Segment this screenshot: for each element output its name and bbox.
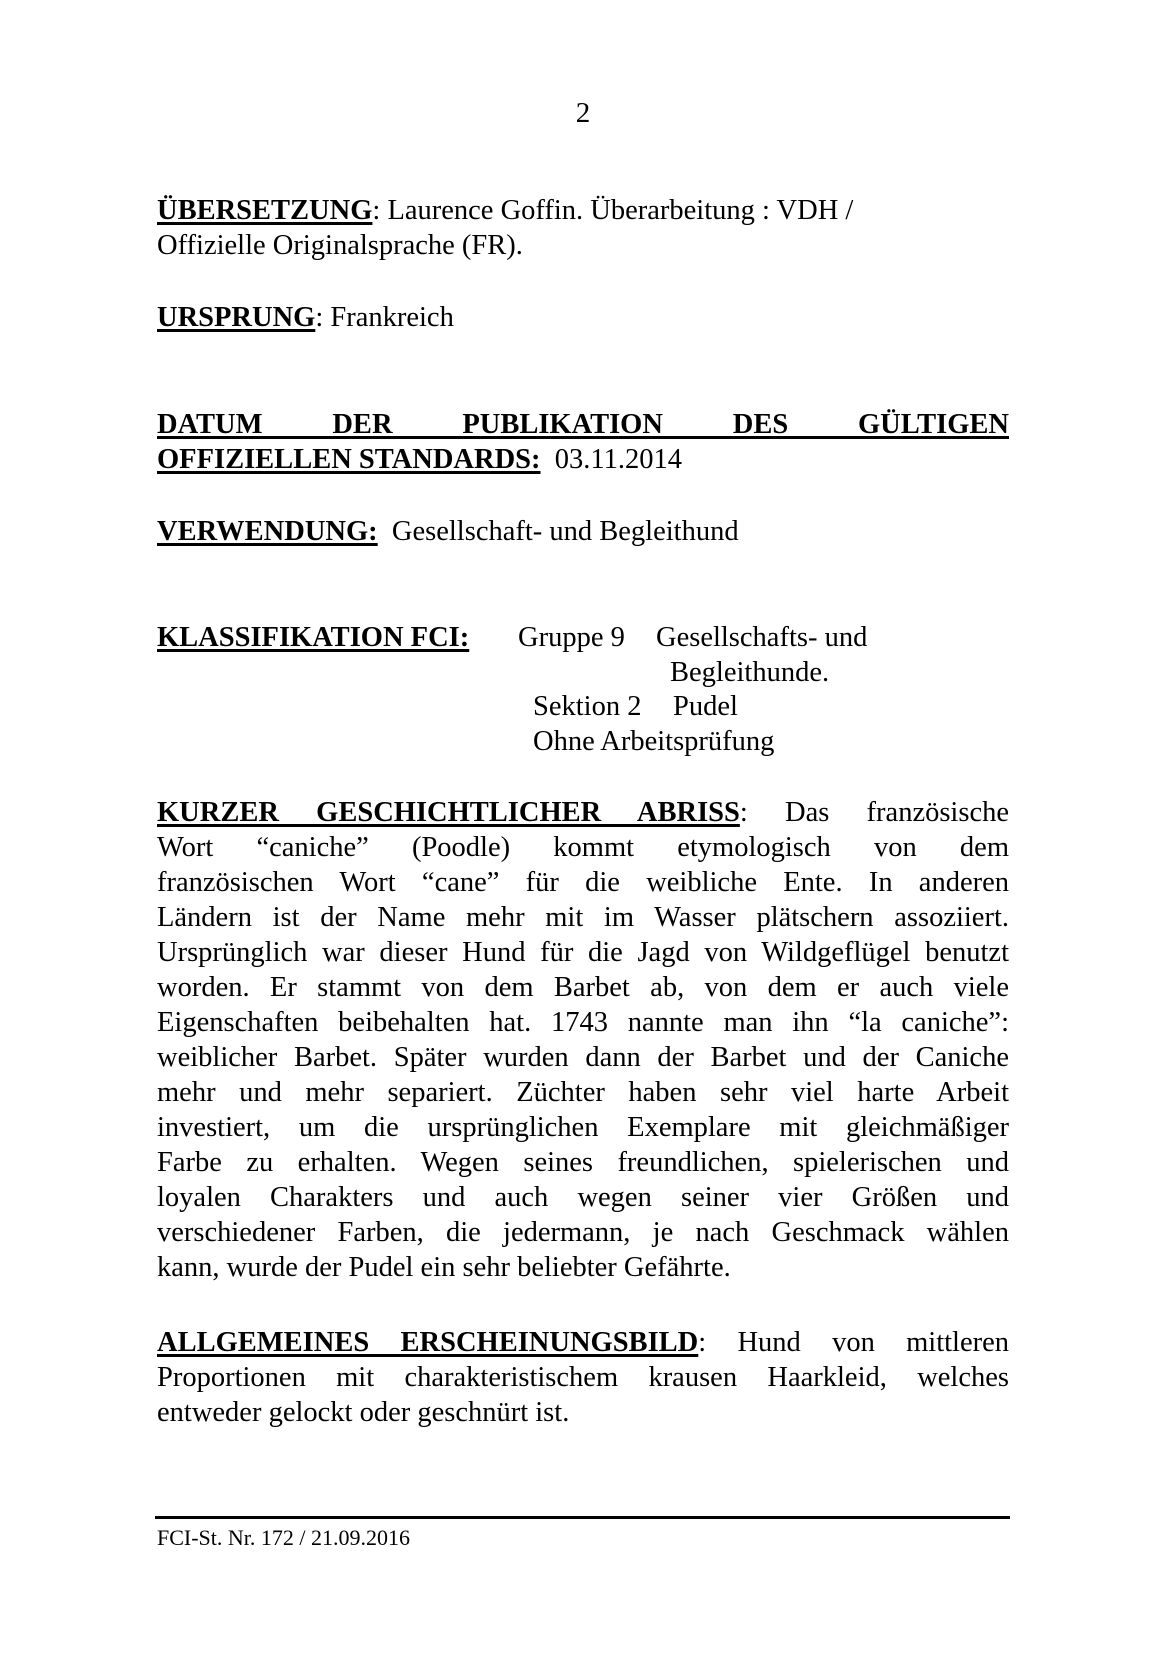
classification-working-trial: Ohne Arbeitsprüfung — [533, 724, 774, 759]
general-appearance-label: ALLGEMEINES ERSCHEINUNGSBILD — [157, 1327, 698, 1358]
translation-label: ÜBERSETZUNG — [157, 195, 372, 226]
history-line: verschiedener Farben, die jedermann, je … — [157, 1215, 1009, 1250]
general-appearance-section: ALLGEMEINES ERSCHEINUNGSBILD: Hund von m… — [157, 1325, 1009, 1430]
utilization-label: VERWENDUNG: — [157, 516, 378, 547]
footer-standard-number: FCI-St. Nr. 172 / 21.09.2016 — [157, 1524, 410, 1552]
general-appearance-line: Proportionen mit charakteristischem krau… — [157, 1360, 1009, 1395]
history-line: Eigenschaften beibehalten hat. 1743 nann… — [157, 1005, 1009, 1040]
history-line: Ländern ist der Name mehr mit im Wasser … — [157, 900, 1009, 935]
publication-date-label-line-2: OFFIZIELLEN STANDARDS: — [157, 444, 541, 475]
footer-divider — [155, 1516, 1010, 1519]
translation-value: : Laurence Goffin. Überarbeitung : VDH / — [372, 195, 853, 226]
publication-date-value: 03.11.2014 — [555, 444, 682, 475]
utilization-value: Gesellschaft- und Begleithund — [392, 516, 739, 547]
classification-group-name-2: Begleithunde. — [670, 655, 829, 690]
history-line: französischen Wort “cane” für die weibli… — [157, 865, 1009, 900]
history-line: kann, wurde der Pudel ein sehr beliebter… — [157, 1250, 1009, 1285]
history-line: KURZER GESCHICHTLICHER ABRISS: Das franz… — [157, 795, 1009, 830]
classification-group-name-1: Gesellschafts- und — [656, 620, 867, 655]
translation-line-1: ÜBERSETZUNG: Laurence Goffin. Überarbeit… — [157, 193, 1009, 228]
history-line: Farbe zu erhalten. Wegen seines freundli… — [157, 1145, 1009, 1180]
history-line: mehr und mehr separiert. Züchter haben s… — [157, 1075, 1009, 1110]
origin-label: URSPRUNG — [157, 302, 315, 333]
classification-section-name: Pudel — [673, 689, 738, 724]
history-line: loyalen Charakters und auch wegen seiner… — [157, 1180, 1009, 1215]
general-appearance-line: ALLGEMEINES ERSCHEINUNGSBILD: Hund von m… — [157, 1325, 1009, 1360]
publication-date-section: DATUM DER PUBLIKATION DES GÜLTIGEN OFFIZ… — [157, 407, 1009, 477]
history-line: weiblicher Barbet. Später wurden dann de… — [157, 1040, 1009, 1075]
translation-section: ÜBERSETZUNG: Laurence Goffin. Überarbeit… — [157, 193, 1009, 263]
history-label: KURZER GESCHICHTLICHER ABRISS — [157, 797, 740, 828]
history-line: investiert, um die ursprünglichen Exempl… — [157, 1110, 1009, 1145]
classification-group: Gruppe 9 — [518, 620, 625, 655]
publication-date-label-line-1: DATUM DER PUBLIKATION DES GÜLTIGEN — [157, 407, 1009, 442]
history-line: Wort “caniche” (Poodle) kommt etymologis… — [157, 830, 1009, 865]
classification-label: KLASSIFIKATION FCI: — [157, 620, 469, 655]
general-appearance-line: entweder gelockt oder geschnürt ist. — [157, 1395, 1009, 1430]
history-line: worden. Er stammt von dem Barbet ab, von… — [157, 970, 1009, 1005]
history-section: KURZER GESCHICHTLICHER ABRISS: Das franz… — [157, 795, 1009, 1285]
history-line: Ursprünglich war dieser Hund für die Jag… — [157, 935, 1009, 970]
translation-line-2: Offizielle Originalsprache (FR). — [157, 228, 1009, 263]
origin-section: URSPRUNG: Frankreich — [157, 300, 1009, 335]
page-number: 2 — [0, 96, 1166, 131]
classification-section-number: Sektion 2 — [533, 689, 641, 724]
origin-value: : Frankreich — [315, 302, 454, 333]
utilization-section: VERWENDUNG: Gesellschaft- und Begleithun… — [157, 514, 1009, 549]
